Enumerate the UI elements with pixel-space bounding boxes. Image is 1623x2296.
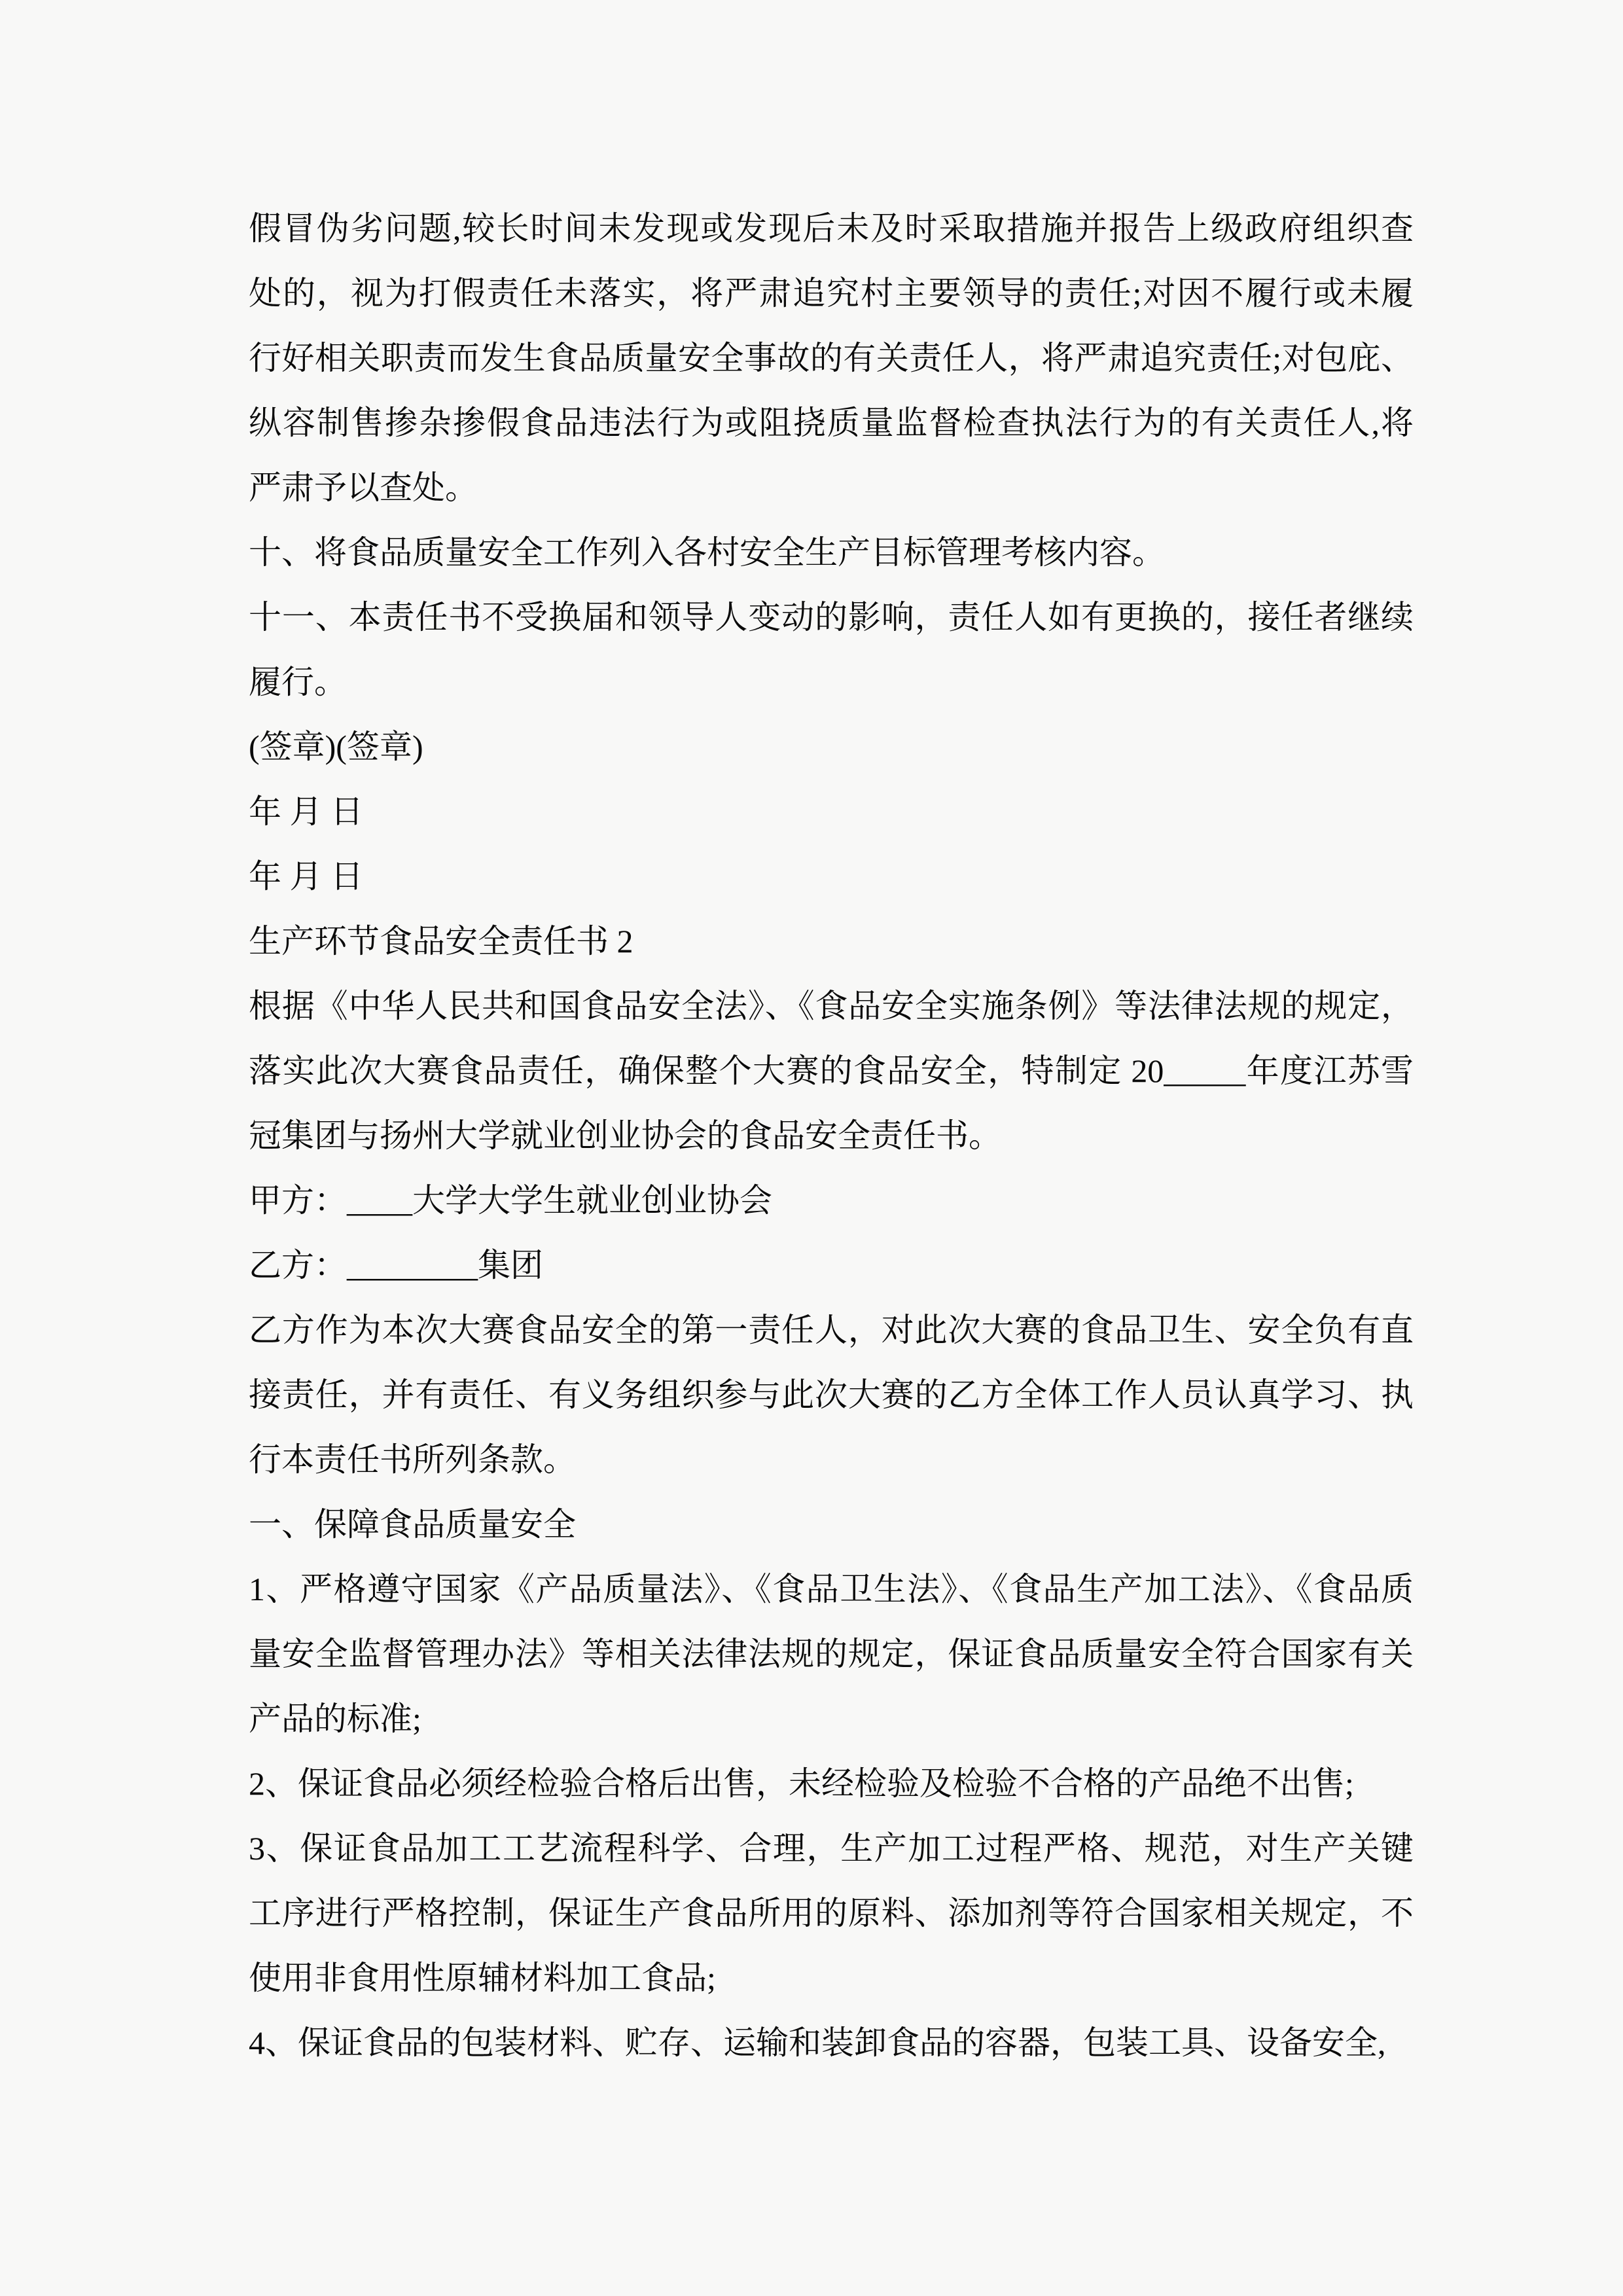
- text-line: 4、保证食品的包装材料、贮存、运输和装卸食品的容器，包装工具、设备安全,: [249, 2011, 1414, 2075]
- text-line: 工序进行严格控制，保证生产食品所用的原料、添加剂等符合国家相关规定，不: [249, 1881, 1414, 1946]
- text-line: 乙方：________集团: [249, 1233, 1414, 1298]
- text-line: 处的，视为打假责任未落实，将严肃追究村主要领导的责任;对因不履行或未履: [249, 261, 1414, 326]
- text-line: (签章)(签章): [249, 715, 1414, 780]
- text-line: 行本责任书所列条款。: [249, 1427, 1414, 1492]
- text-line: 履行。: [249, 650, 1414, 715]
- text-line: 假冒伪劣问题,较长时间未发现或发现后未及时采取措施并报告上级政府组织查: [249, 196, 1414, 261]
- document-text: 假冒伪劣问题,较长时间未发现或发现后未及时采取措施并报告上级政府组织查处的，视为…: [249, 196, 1414, 2075]
- text-line: 甲方：____大学大学生就业创业协会: [249, 1168, 1414, 1233]
- text-line: 冠集团与扬州大学就业创业协会的食品安全责任书。: [249, 1103, 1414, 1168]
- text-line: 行好相关职责而发生食品质量安全事故的有关责任人，将严肃追究责任;对包庇、: [249, 326, 1414, 391]
- text-line: 3、保证食品加工工艺流程科学、合理，生产加工过程严格、规范，对生产关键: [249, 1816, 1414, 1881]
- text-line: 2、保证食品必须经检验合格后出售，未经检验及检验不合格的产品绝不出售;: [249, 1751, 1414, 1816]
- document-page: 假冒伪劣问题,较长时间未发现或发现后未及时采取措施并报告上级政府组织查处的，视为…: [0, 0, 1623, 2296]
- text-line: 年 月 日: [249, 844, 1414, 909]
- text-line: 根据《中华人民共和国食品安全法》、《食品安全实施条例》等法律法规的规定，: [249, 974, 1414, 1039]
- text-line: 1、严格遵守国家《产品质量法》、《食品卫生法》、《食品生产加工法》、《食品质: [249, 1557, 1414, 1622]
- text-line: 十一、本责任书不受换届和领导人变动的影响，责任人如有更换的，接任者继续: [249, 585, 1414, 650]
- text-line: 严肃予以查处。: [249, 456, 1414, 520]
- text-line: 乙方作为本次大赛食品安全的第一责任人，对此次大赛的食品卫生、安全负有直: [249, 1298, 1414, 1363]
- text-line: 一、保障食品质量安全: [249, 1492, 1414, 1557]
- text-line: 纵容制售掺杂掺假食品违法行为或阻挠质量监督检查执法行为的有关责任人,将: [249, 391, 1414, 456]
- text-line: 十、将食品质量安全工作列入各村安全生产目标管理考核内容。: [249, 520, 1414, 585]
- text-line: 使用非食用性原辅材料加工食品;: [249, 1946, 1414, 2011]
- text-line: 生产环节食品安全责任书 2: [249, 909, 1414, 974]
- text-line: 量安全监督管理办法》等相关法律法规的规定，保证食品质量安全符合国家有关: [249, 1622, 1414, 1687]
- text-line: 年 月 日: [249, 780, 1414, 844]
- text-line: 落实此次大赛食品责任，确保整个大赛的食品安全，特制定 20_____年度江苏雪: [249, 1039, 1414, 1103]
- text-line: 接责任，并有责任、有义务组织参与此次大赛的乙方全体工作人员认真学习、执: [249, 1363, 1414, 1427]
- text-line: 产品的标准;: [249, 1687, 1414, 1751]
